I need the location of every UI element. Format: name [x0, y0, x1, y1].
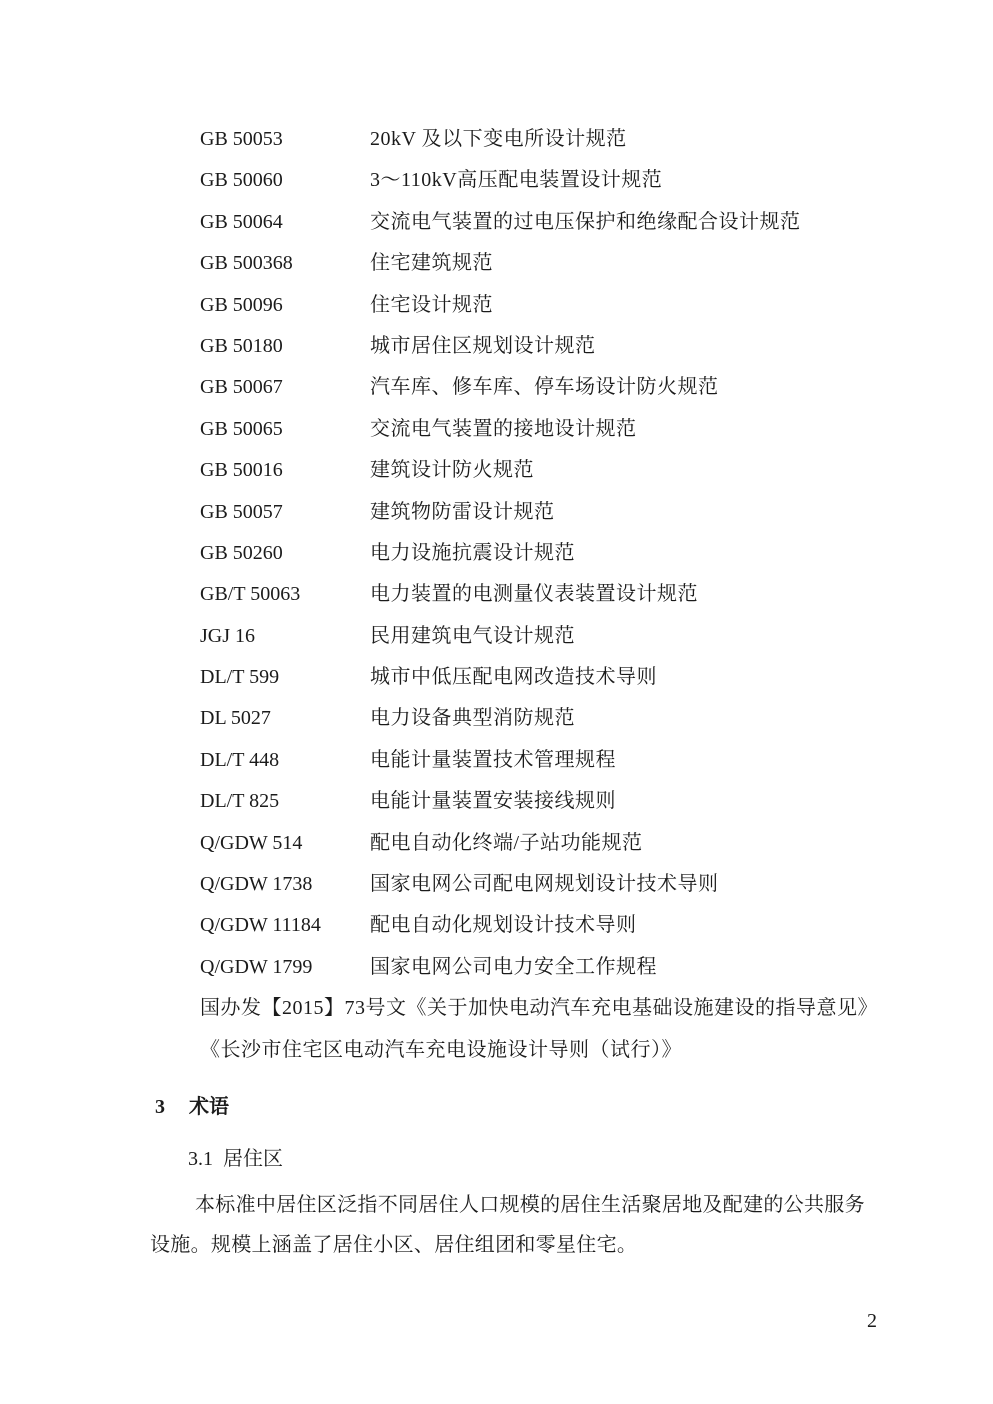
standard-title: 3～110kV高压配电装置设计规范 [370, 160, 662, 201]
standard-title: 电能计量装置技术管理规程 [370, 740, 616, 781]
standard-title: 20kV 及以下变电所设计规范 [370, 119, 627, 160]
standard-code: GB 50096 [200, 285, 370, 326]
standard-title: 电力装置的电测量仪表装置设计规范 [370, 574, 698, 615]
document-page: GB 5005320kV 及以下变电所设计规范 GB 500603～110kV高… [0, 0, 993, 1404]
standard-code: GB 50060 [200, 160, 370, 201]
subsection-number: 3.1 [188, 1145, 213, 1173]
reference-row: GB 50096住宅设计规范 [0, 285, 993, 326]
standard-code: JGJ 16 [200, 616, 370, 657]
standard-code: GB 50064 [200, 202, 370, 243]
reference-row: GB 500603～110kV高压配电装置设计规范 [0, 160, 993, 201]
standard-title: 电力设施抗震设计规范 [370, 533, 575, 574]
standard-title: 交流电气装置的过电压保护和绝缘配合设计规范 [370, 202, 801, 243]
paragraph-line: 设施。规模上涵盖了居住小区、居住组团和零星住宅。 [0, 1225, 993, 1265]
standard-code: Q/GDW 1738 [200, 864, 370, 905]
standard-title: 建筑物防雷设计规范 [370, 492, 555, 533]
reference-row: Q/GDW 514配电自动化终端/子站功能规范 [0, 823, 993, 864]
reference-row: DL/T 599城市中低压配电网改造技术导则 [0, 657, 993, 698]
standard-code: GB 500368 [200, 243, 370, 284]
reference-row: GB 50057建筑物防雷设计规范 [0, 492, 993, 533]
reference-row: GB 500368住宅建筑规范 [0, 243, 993, 284]
definition-paragraph: 本标准中居住区泛指不同居住人口规模的居住生活聚居地及配建的公共服务 设施。规模上… [0, 1185, 993, 1265]
reference-row: GB 50016建筑设计防火规范 [0, 450, 993, 491]
standard-code: Q/GDW 514 [200, 823, 370, 864]
standard-code: DL/T 448 [200, 740, 370, 781]
reference-standards-list: GB 5005320kV 及以下变电所设计规范 GB 500603～110kV高… [0, 119, 993, 1265]
standard-code: GB 50260 [200, 533, 370, 574]
standard-title: 民用建筑电气设计规范 [370, 616, 575, 657]
standard-code: GB 50180 [200, 326, 370, 367]
reference-row: GB 50180城市居住区规划设计规范 [0, 326, 993, 367]
standard-title: 住宅设计规范 [370, 285, 493, 326]
reference-row: Q/GDW 1738国家电网公司配电网规划设计技术导则 [0, 864, 993, 905]
subsection-heading-residential-area: 3.1居住区 [0, 1145, 993, 1173]
reference-row: GB 50065交流电气装置的接地设计规范 [0, 409, 993, 450]
page-number: 2 [860, 1310, 884, 1333]
reference-row: GB 5005320kV 及以下变电所设计规范 [0, 119, 993, 160]
standard-title: 电力设备典型消防规范 [370, 698, 575, 739]
standard-title: 交流电气装置的接地设计规范 [370, 409, 637, 450]
standard-code: Q/GDW 1799 [200, 947, 370, 988]
standard-title: 城市居住区规划设计规范 [370, 326, 596, 367]
standard-title: 城市中低压配电网改造技术导则 [370, 657, 657, 698]
reference-row: GB 50260电力设施抗震设计规范 [0, 533, 993, 574]
standard-code: GB 50057 [200, 492, 370, 533]
standard-title: 配电自动化终端/子站功能规范 [370, 823, 643, 864]
standard-code: GB/T 50063 [200, 574, 370, 615]
standard-title: 配电自动化规划设计技术导则 [370, 905, 637, 946]
standard-title: 建筑设计防火规范 [370, 450, 534, 491]
standard-code: Q/GDW 11184 [200, 905, 370, 946]
standard-title: 国家电网公司电力安全工作规程 [370, 947, 657, 988]
standard-code: GB 50016 [200, 450, 370, 491]
reference-row: GB 50064交流电气装置的过电压保护和绝缘配合设计规范 [0, 202, 993, 243]
reference-row: JGJ 16民用建筑电气设计规范 [0, 616, 993, 657]
standard-title: 住宅建筑规范 [370, 243, 493, 284]
reference-row: DL/T 825电能计量装置安装接线规则 [0, 781, 993, 822]
standard-title: 汽车库、修车库、停车场设计防火规范 [370, 367, 719, 408]
standard-code: GB 50067 [200, 367, 370, 408]
reference-row: GB/T 50063电力装置的电测量仪表装置设计规范 [0, 574, 993, 615]
standard-title: 国家电网公司配电网规划设计技术导则 [370, 864, 719, 905]
reference-row: DL/T 448电能计量装置技术管理规程 [0, 740, 993, 781]
reference-row: Q/GDW 11184配电自动化规划设计技术导则 [0, 905, 993, 946]
reference-row: GB 50067汽车库、修车库、停车场设计防火规范 [0, 367, 993, 408]
standard-code: GB 50053 [200, 119, 370, 160]
reference-document-line: 国办发【2015】73号文《关于加快电动汽车充电基础设施建设的指导意见》 [0, 988, 993, 1029]
standard-code: DL/T 825 [200, 781, 370, 822]
paragraph-line: 本标准中居住区泛指不同居住人口规模的居住生活聚居地及配建的公共服务 [0, 1185, 993, 1225]
standard-code: GB 50065 [200, 409, 370, 450]
subsection-title: 居住区 [223, 1148, 283, 1170]
standard-code: DL/T 599 [200, 657, 370, 698]
section-number: 3 [155, 1093, 165, 1121]
standard-title: 电能计量装置安装接线规则 [370, 781, 616, 822]
reference-row: DL 5027电力设备典型消防规范 [0, 698, 993, 739]
section-heading-terminology: 3术语 [0, 1093, 993, 1121]
standard-code: DL 5027 [200, 698, 370, 739]
reference-document-line: 《长沙市住宅区电动汽车充电设施设计导则（试行）》 [0, 1030, 993, 1071]
reference-row: Q/GDW 1799国家电网公司电力安全工作规程 [0, 947, 993, 988]
section-title: 术语 [189, 1096, 229, 1118]
